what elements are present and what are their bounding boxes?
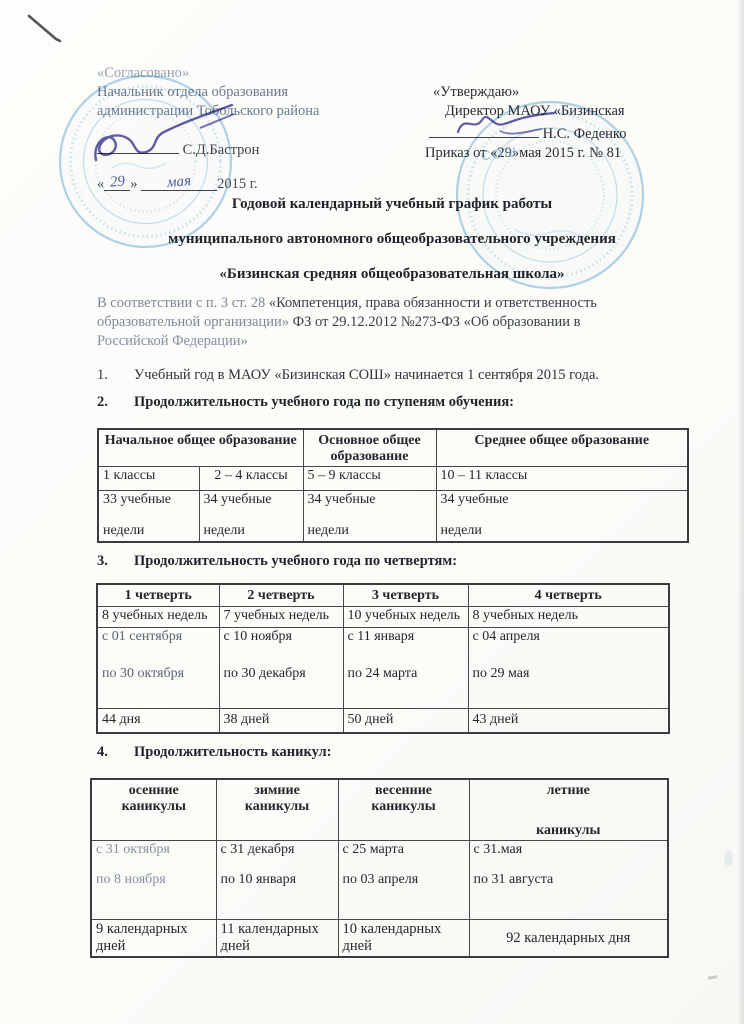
legal-line3: Российской Федерации» xyxy=(97,332,687,351)
quarter-dates-cell: с 10 ноябряпо 30 декабря xyxy=(219,628,343,709)
weeks-line1: 34 учебные xyxy=(441,492,684,508)
list-item-4: 4. Продолжительность каникул: xyxy=(97,744,687,761)
vacations-table: осенние каникулы зимние каникулы весенни… xyxy=(90,778,669,959)
stages-header-secondary: Среднее общее образование xyxy=(436,429,688,467)
summer-line2: каникулы xyxy=(536,823,600,839)
item-text: Продолжительность каникул: xyxy=(134,744,332,761)
date-to: по 24 марта xyxy=(348,666,464,682)
scanned-document-page: «Согласовано» Начальник отдела образован… xyxy=(0,0,744,1024)
stages-table: Начальное общее образование Основное общ… xyxy=(97,428,689,543)
list-item-2: 2. Продолжительность учебного года по ст… xyxy=(97,394,687,411)
vacation-header-spring: весенние каникулы xyxy=(338,779,469,841)
vacation-days-cell: 92 календарных дня xyxy=(469,920,668,958)
date-from: с 31 октября xyxy=(96,842,212,858)
grade-cell: 10 – 11 классы xyxy=(436,467,688,491)
vacation-days-cell: 11 календарных дней xyxy=(216,920,338,958)
grade-cell: 5 – 9 классы xyxy=(303,467,436,491)
legal-seg3: образовательной организации» xyxy=(97,314,289,330)
stages-header-primary: Начальное общее образование xyxy=(98,429,303,467)
date-to: по 31 августа xyxy=(474,872,664,888)
date-from: с 04 апреля xyxy=(473,629,665,645)
quarter-dates-cell: с 01 сентябряпо 30 октября xyxy=(97,628,219,709)
item-number: 4. xyxy=(97,744,134,761)
table-row: 1 классы 2 – 4 классы 5 – 9 классы 10 – … xyxy=(98,467,688,491)
weeks-cell: 33 учебныенедели xyxy=(98,491,199,542)
weeks-line2: недели xyxy=(204,523,299,539)
vacation-days-cell: 10 календарных дней xyxy=(338,920,469,958)
date-from: с 25 марта xyxy=(343,842,465,858)
vacation-header-autumn: осенние каникулы xyxy=(91,779,216,841)
grade-cell: 1 классы xyxy=(98,467,199,491)
quarter-dates-cell: с 04 апреляпо 29 мая xyxy=(468,628,669,709)
quarters-table: 1 четверть 2 четверть 3 четверть 4 четве… xyxy=(96,583,670,734)
ink-smudge xyxy=(724,850,733,866)
vacation-header-summer: летниеканикулы xyxy=(469,779,668,841)
list-item-3: 3. Продолжительность учебного года по че… xyxy=(97,553,687,570)
legal-seg5: Российской Федерации» xyxy=(97,333,248,349)
weeks-cell: 34 учебныенедели xyxy=(199,491,303,542)
date-from: с 01 сентября xyxy=(102,629,215,645)
vacation-dates-cell: с 25 мартапо 03 апреля xyxy=(338,841,469,920)
legal-seg2: «Компетенция, права обязанности и ответс… xyxy=(269,295,597,311)
table-row: с 31 октябряпо 8 ноября с 31 декабряпо 1… xyxy=(91,841,668,920)
weeks-cell: 34 учебныенедели xyxy=(436,491,688,542)
quarter-days-cell: 43 дней xyxy=(468,709,669,733)
date-to: по 10 января xyxy=(221,872,334,888)
quarter-days-cell: 38 дней xyxy=(219,709,343,733)
stages-header-basic: Основное общее образование xyxy=(303,429,436,467)
weeks-line1: 34 учебные xyxy=(308,492,432,508)
vacation-dates-cell: с 31 декабряпо 10 января xyxy=(216,841,338,920)
quarter-header: 3 четверть xyxy=(343,584,468,607)
quarter-weeks-cell: 8 учебных недель xyxy=(468,607,669,628)
quarter-header: 4 четверть xyxy=(468,584,669,607)
quarter-weeks-cell: 7 учебных недель xyxy=(219,607,343,628)
date-to: по 29 мая xyxy=(473,666,665,682)
legal-seg1: В соответствии с п. 3 ст. 28 xyxy=(97,295,269,311)
doc-title-line1: Годовой календарный учебный график работ… xyxy=(97,196,687,213)
table-row: осенние каникулы зимние каникулы весенни… xyxy=(91,779,668,841)
table-row: 8 учебных недель 7 учебных недель 10 уче… xyxy=(97,607,669,628)
table-row: Начальное общее образование Основное общ… xyxy=(98,429,688,467)
quarter-header: 1 четверть xyxy=(97,584,219,607)
scan-artifact-mark xyxy=(708,975,717,980)
date-to: по 03 апреля xyxy=(343,872,465,888)
quarter-dates-cell: с 11 январяпо 24 марта xyxy=(343,628,468,709)
legal-seg4: ФЗ от 29.12.2012 №273-ФЗ «Об образовании… xyxy=(289,314,580,330)
item-number: 2. xyxy=(97,394,134,411)
vacation-dates-cell: с 31.маяпо 31 августа xyxy=(469,841,668,920)
quarter-days-cell: 50 дней xyxy=(343,709,468,733)
quarter-weeks-cell: 10 учебных недель xyxy=(343,607,468,628)
item-text: Учебный год в МАОУ «Бизинская СОШ» начин… xyxy=(134,367,599,384)
date-to: по 30 декабря xyxy=(224,666,339,682)
date-to: по 8 ноября xyxy=(96,872,212,888)
scan-page-edge xyxy=(737,0,744,1024)
table-row: 33 учебныенедели 34 учебныенедели 34 уче… xyxy=(98,491,688,542)
weeks-line1: 33 учебные xyxy=(103,492,195,508)
signature-right-icon xyxy=(450,104,562,144)
pen-mark-icon xyxy=(20,8,70,50)
legal-paragraph: В соответствии с п. 3 ст. 28 «Компетенци… xyxy=(97,294,687,351)
weeks-line2: недели xyxy=(441,523,684,539)
table-row: 1 четверть 2 четверть 3 четверть 4 четве… xyxy=(97,584,669,607)
summer-line1: летние xyxy=(547,783,590,799)
item-number: 3. xyxy=(97,553,134,570)
item-text: Продолжительность учебного года по ступе… xyxy=(134,394,514,411)
table-row: 44 дня 38 дней 50 дней 43 дней xyxy=(97,709,669,733)
legal-line1: В соответствии с п. 3 ст. 28 «Компетенци… xyxy=(97,294,687,313)
item-text: Продолжительность учебного года по четве… xyxy=(134,553,457,570)
grade-cell: 2 – 4 классы xyxy=(199,467,303,491)
date-from: с 10 ноября xyxy=(224,629,339,645)
weeks-line2: недели xyxy=(308,523,432,539)
vacation-dates-cell: с 31 октябряпо 8 ноября xyxy=(91,841,216,920)
quarter-days-cell: 44 дня xyxy=(97,709,219,733)
signature-left-icon xyxy=(88,98,240,170)
table-row: с 01 сентябряпо 30 октября с 10 ноябряпо… xyxy=(97,628,669,709)
date-to: по 30 октября xyxy=(102,666,215,682)
vacation-header-winter: зимние каникулы xyxy=(216,779,338,841)
doc-title-line3: «Бизинская средняя общеобразовательная ш… xyxy=(97,266,687,283)
weeks-cell: 34 учебныенедели xyxy=(303,491,436,542)
list-item-1: 1. Учебный год в МАОУ «Бизинская СОШ» на… xyxy=(97,367,687,384)
legal-line2: образовательной организации» ФЗ от 29.12… xyxy=(97,313,687,332)
quarter-weeks-cell: 8 учебных недель xyxy=(97,607,219,628)
date-from: с 31.мая xyxy=(474,842,664,858)
quarter-header: 2 четверть xyxy=(219,584,343,607)
vacation-days-cell: 9 календарных дней xyxy=(91,920,216,958)
item-number: 1. xyxy=(97,367,134,384)
doc-title-line2: муниципального автономного общеобразоват… xyxy=(97,231,687,248)
weeks-line1: 34 учебные xyxy=(204,492,299,508)
table-row: 9 календарных дней 11 календарных дней 1… xyxy=(91,920,668,958)
date-from: с 11 января xyxy=(348,629,464,645)
document-body: Годовой календарный учебный график работ… xyxy=(97,196,687,958)
weeks-line2: недели xyxy=(103,523,195,539)
date-from: с 31 декабря xyxy=(221,842,334,858)
